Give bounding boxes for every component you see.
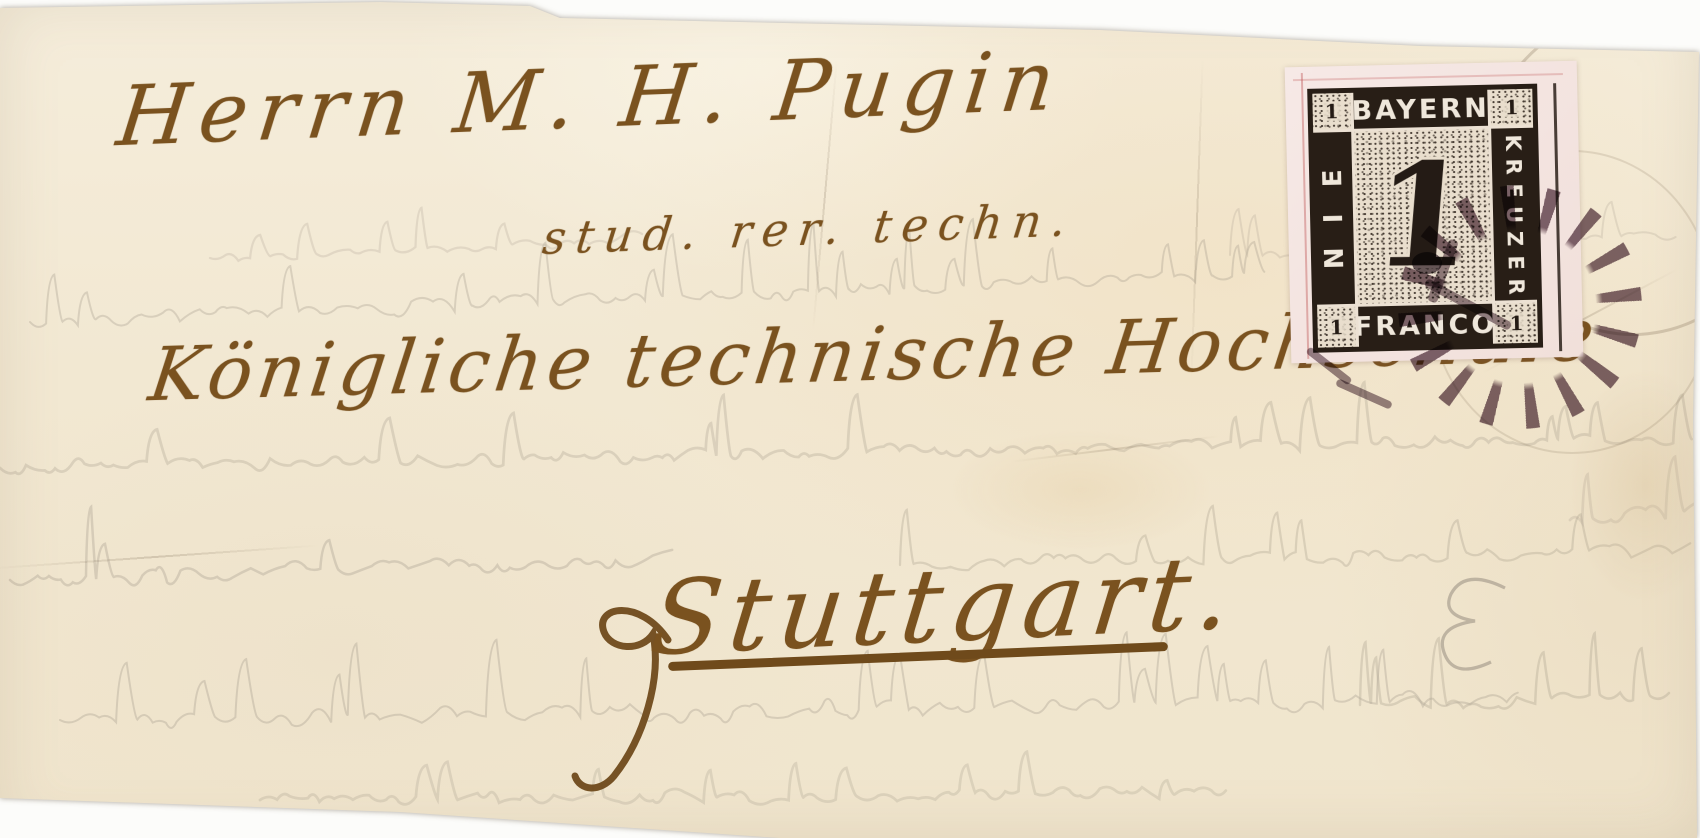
envelope-paper: Herrn M. H. Pugin stud. rer. techn. Köni… (0, 0, 1700, 838)
paper-shadow: Herrn M. H. Pugin stud. rer. techn. Köni… (0, 0, 1700, 838)
stamp-corner-value: 1 (1327, 317, 1345, 337)
stamp-corner-value: 1 (1502, 97, 1520, 117)
stamp-left-label: EIN (1313, 132, 1355, 305)
recipient-title: stud. rer. techn. (540, 193, 1079, 265)
stamp-corner-square: 1 (1312, 93, 1351, 130)
stamp-corner-value: 1 (1322, 101, 1340, 121)
stamp-corner-square: 1 (1490, 89, 1533, 126)
paper-crease (0, 544, 320, 569)
stamp-corner-square: 1 (1317, 307, 1356, 348)
paper-crease (1011, 435, 1220, 463)
scanned-postal-cover: Herrn M. H. Pugin stud. rer. techn. Köni… (0, 0, 1700, 838)
sheet-margin-pink-line (1293, 73, 1563, 81)
paper-stain (950, 430, 1210, 550)
recipient-name: Herrn M. H. Pugin (112, 33, 1069, 165)
stamp-country-label: BAYERN (1353, 90, 1488, 129)
ghost-letter-b (1442, 579, 1505, 669)
